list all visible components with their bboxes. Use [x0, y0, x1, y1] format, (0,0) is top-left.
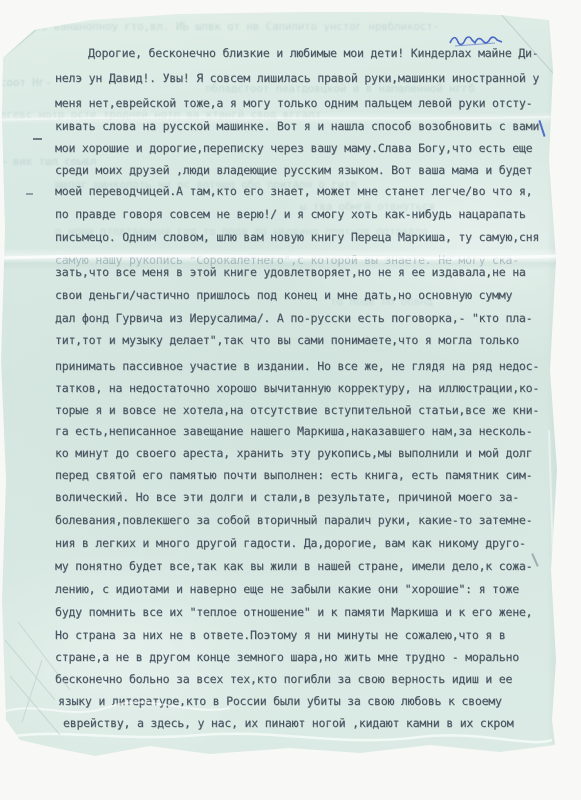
bleed-through-text: -оо ваншнопноу гто,вл. ИЬ шлвк от нв Сап… [28, 20, 533, 33]
paper-edge-shadow [547, 14, 563, 744]
typed-line: буду помнить все их "теплое отношение" и… [55, 605, 532, 619]
typed-line: моей переводчицей.А там,кто его знает, м… [55, 184, 532, 198]
typed-line: болевания,повлекшего за собой вторичный … [55, 513, 532, 527]
typed-line: волический. Но все эти долги и стали,в р… [55, 490, 519, 504]
typed-line: Но страна за них не в ответе.Поэтому я н… [55, 628, 505, 642]
typed-line: перед святой его памятью почти выполнен:… [55, 468, 532, 482]
typed-line: га есть,неписанное завещание нашего Марк… [55, 424, 532, 438]
typed-line: мои хорошие и дорогие,переписку через ва… [55, 141, 532, 155]
typed-line: письмецо. Одним словом, шлю вам новую кн… [55, 230, 539, 244]
typed-line: тит,тот и музыку делает",так что вы сами… [55, 333, 519, 347]
typed-line: зать,что все меня в этой книге удовлетво… [55, 265, 526, 279]
typed-line: татков, на недостаточно хорошо вычитанну… [55, 381, 539, 395]
typed-line: принимать пассивное участие в издании. Н… [55, 359, 539, 373]
typed-line: стране,а не в другом конце земного шара,… [55, 650, 519, 664]
margin-dash [26, 193, 33, 195]
typed-line: еврейству, а здесь, у нас, их пинают ног… [63, 716, 513, 730]
typed-line: ко минут до своего ареста, хранить эту р… [55, 446, 532, 460]
typed-line: меня нет,еврейской тоже,а я могу только … [55, 96, 532, 110]
typed-line: по правде говоря совсем не верю!/ и я см… [55, 207, 526, 221]
typed-line: кивать слова на русской машинке. Вот я и… [55, 119, 539, 133]
typed-line: ния в легких и много другой гадости. Да,… [55, 536, 526, 550]
typed-line: торые я и вовсе не хотела,на отсутствие … [55, 403, 539, 417]
typed-line: му понятно будет все,так как вы жили в н… [55, 559, 532, 573]
margin-dash [33, 138, 42, 140]
typed-line: нелэ ун Давид!. Увы! Я совсем лишилась п… [55, 71, 539, 85]
typed-line: среди моих друзей ,люди владеющие русски… [55, 163, 532, 177]
ink-slash-mark [538, 120, 545, 137]
typed-line: Дорогие, бесконечно близкие и любимые мо… [88, 46, 538, 60]
paper: -оо ваншнопноу гто,вл. ИЬ шлвк от нв Сап… [0, 0, 581, 800]
typed-line: бесконечно больно за всех тех,кто погибл… [55, 672, 512, 686]
typed-line: языку и литературе,кто в России были уби… [58, 694, 502, 708]
scanned-letter: -оо ваншнопноу гто,вл. ИЬ шлвк от нв Сап… [0, 0, 581, 800]
typed-line: дал фонд Гурвича из Иерусалима/. А по-ру… [55, 311, 532, 325]
typed-line: свои деньги/частично пришлось под конец … [55, 288, 512, 302]
typed-line: лению, с идиотами и наверно еще не забыл… [55, 582, 519, 596]
